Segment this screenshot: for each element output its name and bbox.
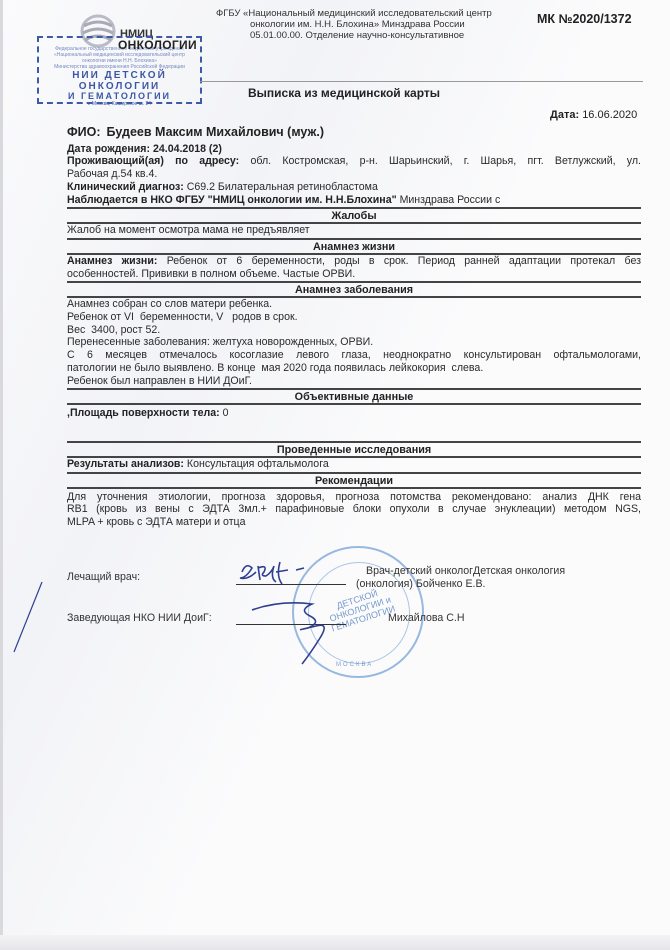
recommendations-body: Для уточнения этиологии, прогноза здоров… [67, 491, 641, 529]
attending-doctor-name: (онкология) Бойченко Е.В. [356, 578, 486, 590]
document-title: Выписка из медицинской карты [248, 86, 440, 100]
address-row: Проживающий(ая) по адресу: обл. Костромс… [67, 155, 641, 168]
fio-value: Будеев Максим Михайлович (муж.) [107, 125, 324, 139]
header-divider [200, 81, 643, 82]
recommendations-line2: RB1 (кровь из вены с ЭДТА 3мл.+ парафино… [67, 503, 641, 516]
organization-line2: онкологии им. Н.Н. Блохина» Минздрава Ро… [216, 19, 516, 30]
disease-history-line: Вес 3400, рост 52. [67, 324, 641, 337]
date-value: 16.06.2020 [582, 109, 637, 121]
disease-history-line: Ребенок от VI беременности, V родов в ср… [67, 311, 641, 324]
record-number: МК №2020/1372 [537, 12, 632, 26]
organization-line1: ФГБУ «Национальный медицинский исследова… [216, 8, 516, 19]
attending-doctor-label: Лечащий врач: [67, 571, 140, 583]
section-heading-recommendations: Рекомендации [67, 474, 641, 489]
document-body: ФИО:Будеев Максим Михайлович (муж.) Дата… [67, 126, 641, 529]
logo-name-line2: ОНКОЛОГИИ [118, 38, 197, 52]
body-surface-value: 0 [223, 407, 229, 419]
observed-row: Наблюдается в НКО ФГБУ "НМИЦ онкологии и… [67, 194, 641, 210]
life-history-body: Анамнез жизни: Ребенок от 6 беременности… [67, 255, 641, 283]
margin-pen-stroke-icon [8, 578, 48, 658]
stamp-title-line1: НИИ ДЕТСКОЙ ОНКОЛОГИИ [39, 70, 200, 92]
stamp-address: г. Москва, Каширское ш. 24 [39, 101, 200, 107]
attending-signature-icon [236, 558, 336, 588]
address-value: обл. Костромская, р-н. Шарьинский, г. Ша… [250, 155, 641, 167]
stamp-title-line2: И ГЕМАТОЛОГИИ [39, 92, 200, 101]
objective-body: ,Площадь поверхности тела: 0 [67, 407, 641, 421]
disease-history-line: С 6 месяцев отмечалось косоглазие левого… [67, 349, 641, 362]
section-heading-complaints: Жалобы [67, 209, 641, 224]
document-date: Дата: 16.06.2020 [550, 109, 637, 121]
disease-history-line: патологии не было выявлено. В конце мая … [67, 362, 641, 375]
organization-block: ФГБУ «Национальный медицинский исследова… [216, 8, 516, 41]
life-history-line1: Анамнез жизни: Ребенок от 6 беременности… [67, 255, 641, 268]
address-label: Проживающий(ая) по адресу: [67, 155, 239, 167]
patient-fio: ФИО:Будеев Максим Михайлович (муж.) [67, 126, 641, 139]
organization-line3: 05.01.00.00. Отделение научно-консультат… [216, 30, 516, 41]
disease-history-line: Ребенок был направлен в НИИ ДОиГ. [67, 375, 641, 388]
life-history-line2: особенностей. Прививки в полном объеме. … [67, 268, 641, 281]
objective-divider [67, 421, 641, 443]
complaints-text: Жалоб на момент осмотра мама не предъявл… [67, 224, 641, 240]
disease-history-line: Анамнез собран со слов матери ребенка. [67, 298, 641, 311]
investigations-label: Результаты анализов: [67, 458, 184, 470]
head-of-department-label: Заведующая НКО НИИ ДоиГ: [67, 612, 212, 624]
body-surface-label: ,Площадь поверхности тела: [67, 407, 220, 419]
head-of-department-name: Михайлова С.Н [388, 612, 465, 624]
fio-label: ФИО: [67, 125, 101, 139]
diagnosis-label: Клинический диагноз: [67, 181, 184, 193]
birth-date-value: 24.04.2018 (2) [153, 143, 222, 155]
section-heading-investigations: Проведенные исследования [67, 443, 641, 458]
disease-history-line: Перенесенные заболевания: желтуха новоро… [67, 336, 641, 349]
address-row-cont: Рабочая д.54 кв.4. [67, 168, 641, 181]
disease-history-body: Анамнез собран со слов матери ребенка. Р… [67, 298, 641, 390]
birth-date-row: Дата рождения: 24.04.2018 (2) [67, 143, 641, 156]
paper-edge-bottom [0, 935, 670, 950]
paper-edge-left [0, 0, 3, 950]
investigations-value: Консультация офтальмолога [187, 458, 329, 470]
recommendations-line3: MLPA + кровь с ЭДТА матери и отца [67, 516, 641, 529]
diagnosis-value: C69.2 Билатеральная ретинобластома [187, 181, 378, 193]
date-label: Дата: [550, 109, 579, 121]
recommendations-line1: Для уточнения этиологии, прогноза здоров… [67, 491, 641, 504]
observed-value: Минздрава России с [400, 194, 501, 206]
life-history-label: Анамнез жизни: [67, 255, 157, 267]
attending-doctor-role: Врач-детский онкологДетская онкология [366, 565, 565, 577]
observed-label: Наблюдается в НКО ФГБУ "НМИЦ онкологии и… [67, 194, 397, 206]
section-heading-life-history: Анамнез жизни [67, 240, 641, 255]
head-signature-icon [250, 598, 370, 668]
investigations-body: Результаты анализов: Консультация офталь… [67, 458, 641, 474]
section-heading-disease-history: Анамнез заболевания [67, 283, 641, 298]
birth-date-label: Дата рождения: [67, 143, 150, 155]
life-history-text1: Ребенок от 6 беременности, роды в срок. … [167, 255, 641, 267]
stamp-small-line: Министерства здравоохранения Российской … [39, 64, 200, 70]
section-heading-objective: Объективные данные [67, 390, 641, 405]
diagnosis-row: Клинический диагноз: C69.2 Билатеральная… [67, 181, 641, 194]
